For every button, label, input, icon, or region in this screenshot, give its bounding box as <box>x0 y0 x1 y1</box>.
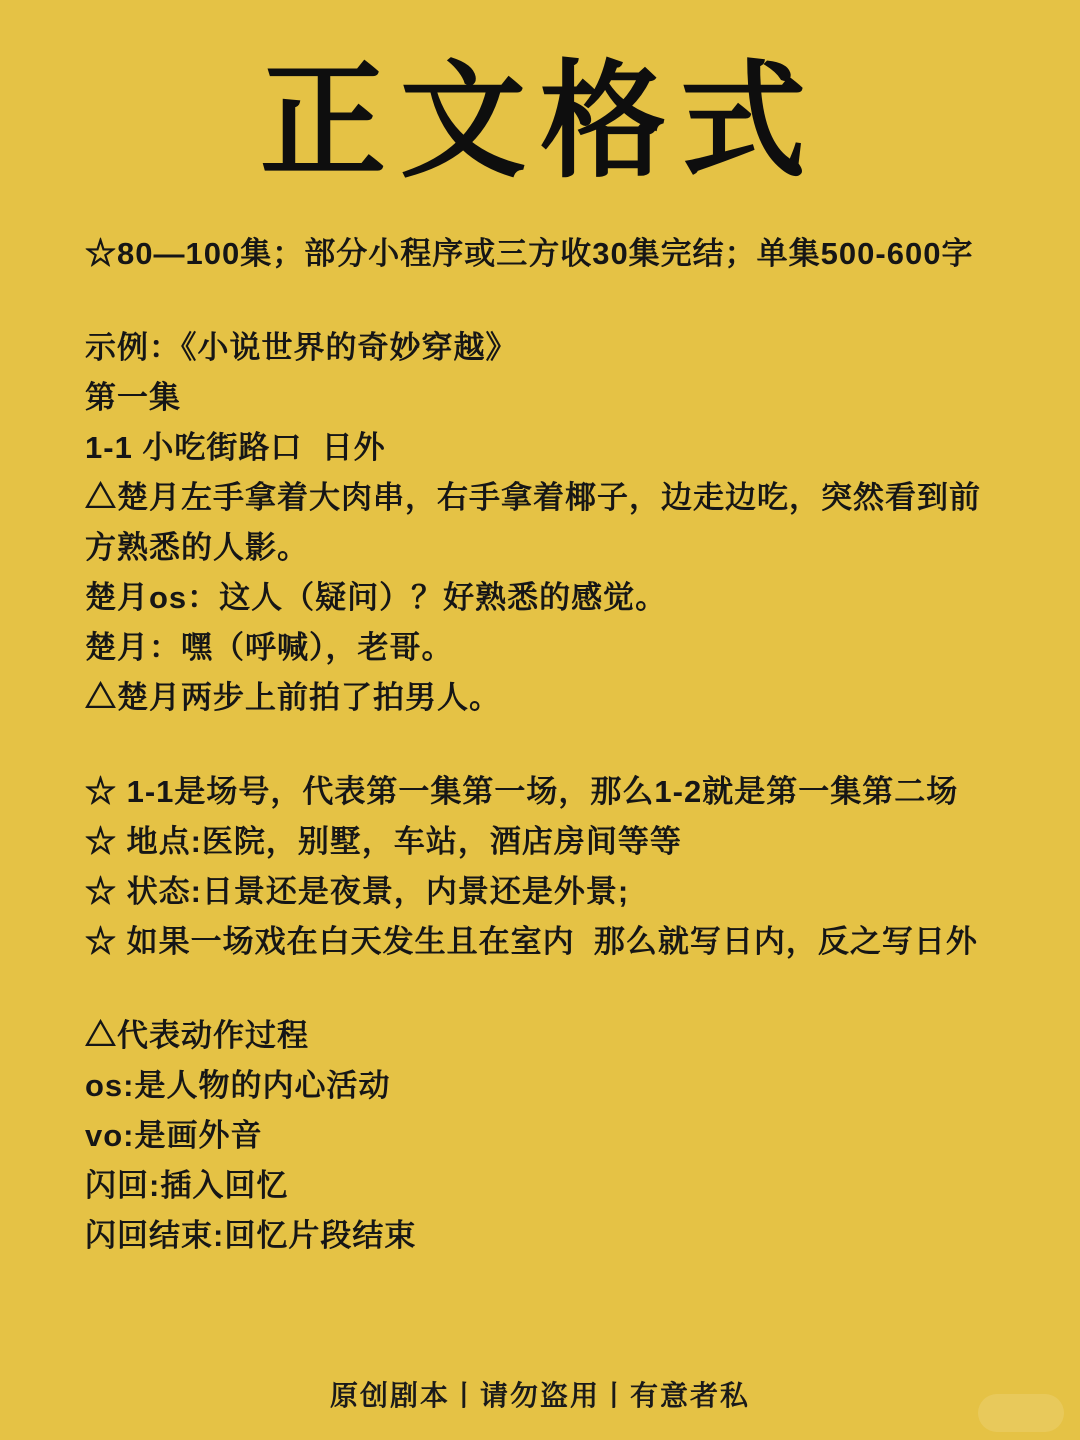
script-format-poster: 正文格式 ☆80—100集；部分小程序或三方收30集完结；单集500-600字 … <box>0 0 1080 1440</box>
line-def-vo: vo:是画外音 <box>85 1111 995 1161</box>
line-note-location: ☆ 地点:医院，别墅，车站，酒店房间等等 <box>85 817 995 867</box>
line-os-dialogue: 楚月os：这人（疑问）？好熟悉的感觉。 <box>85 573 995 623</box>
page-title: 正文格式 <box>0 0 1080 195</box>
line-note-scene-number: ☆ 1-1是场号，代表第一集第一场，那么1-2就是第一集第二场 <box>85 767 995 817</box>
line-scene-heading: 1-1 小吃街路口 日外 <box>85 423 995 473</box>
line-note-state: ☆ 状态:日景还是夜景，内景还是外景; <box>85 867 995 917</box>
line-dialogue: 楚月：嘿（呼喊），老哥。 <box>85 623 995 673</box>
line-action-1: △楚月左手拿着大肉串，右手拿着椰子，边走边吃，突然看到前方熟悉的人影。 <box>85 473 995 573</box>
line-action-2: △楚月两步上前拍了拍男人。 <box>85 673 995 723</box>
body-text: ☆80—100集；部分小程序或三方收30集完结；单集500-600字 示例：《小… <box>0 195 1080 1261</box>
footer-note: 原创剧本丨请勿盗用丨有意者私 <box>0 1374 1080 1414</box>
line-note-day-night: ☆ 如果一场戏在白天发生且在室内 那么就写日内，反之写日外 <box>85 917 995 967</box>
watermark <box>978 1394 1064 1432</box>
line-example-title: 示例：《小说世界的奇妙穿越》 <box>85 323 995 373</box>
line-episode-number: 第一集 <box>85 373 995 423</box>
line-rule-episodes: ☆80—100集；部分小程序或三方收30集完结；单集500-600字 <box>85 229 995 279</box>
line-def-flashback: 闪回:插入回忆 <box>85 1161 995 1211</box>
line-def-triangle: △代表动作过程 <box>85 1011 995 1061</box>
line-def-os: os:是人物的内心活动 <box>85 1061 995 1111</box>
line-def-flashback-end: 闪回结束:回忆片段结束 <box>85 1211 995 1261</box>
